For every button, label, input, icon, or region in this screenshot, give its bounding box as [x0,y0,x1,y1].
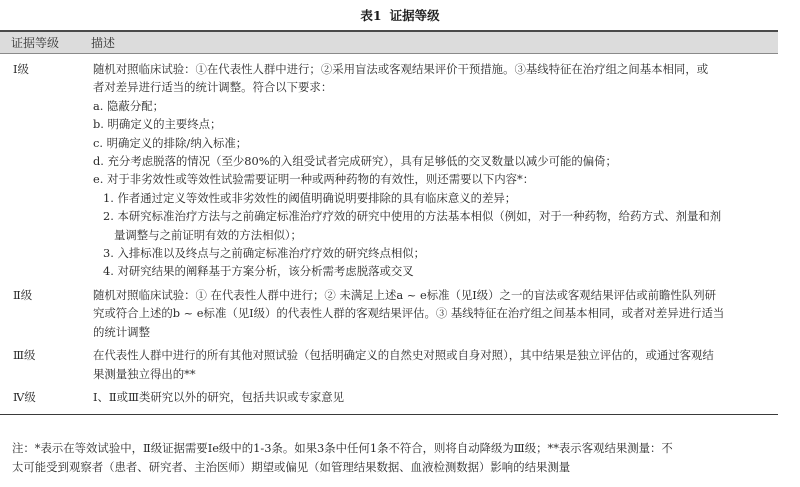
level-description: Ⅰ、Ⅱ或Ⅲ类研究以外的研究，包括共识或专家意见 [93,388,778,406]
table-caption: 证据等级 [390,8,440,23]
description-line: 2. 本研究标准治疗方法与之前确定标准治疗疗效的研究中使用的方法基本相似（例如，… [93,207,778,225]
header-level: 证据等级 [0,34,91,51]
evidence-level: Ⅳ级 [0,388,93,406]
description-line: 4. 对研究结果的阐释基于方案分析，该分析需考虑脱落或交叉 [93,262,778,280]
description-line: 1. 作者通过定义等效性或非劣效性的阈值明确说明要排除的具有临床意义的差异； [93,189,778,207]
description-line: 究或符合上述的b ~ e标准（见Ⅰ级）的代表性人群的客观结果评估。③ 基线特征在… [93,304,778,322]
description-line: 者对差异进行适当的统计调整。符合以下要求： [93,78,778,96]
table-row: Ⅰ级随机对照临床试验：①在代表性人群中进行；②采用盲法或客观结果评价干预措施。③… [0,60,778,281]
description-line: 果测量独立得出的** [93,365,778,383]
header-description: 描述 [91,34,115,51]
description-line: 量调整与之前证明有效的方法相似）； [93,226,778,244]
table-title: 表1证据等级 [0,6,800,24]
description-line: 随机对照临床试验：① 在代表性人群中进行；② 未满足上述a ~ e标准（见Ⅰ级）… [93,286,778,304]
description-line: Ⅰ、Ⅱ或Ⅲ类研究以外的研究，包括共识或专家意见 [93,388,778,406]
evidence-level-table: 证据等级 描述 Ⅰ级随机对照临床试验：①在代表性人群中进行；②采用盲法或客观结果… [0,30,778,415]
level-description: 随机对照临床试验：① 在代表性人群中进行；② 未满足上述a ~ e标准（见Ⅰ级）… [93,286,778,341]
evidence-level: Ⅲ级 [0,346,93,383]
description-line: 的统计调整 [93,323,778,341]
table-header: 证据等级 描述 [0,30,778,54]
description-line: 在代表性人群中进行的所有其他对照试验（包括明确定义的自然史对照或自身对照），其中… [93,346,778,364]
footnote-line: 太可能受到观察者（患者、研究者、主治医师）期望或偏见（如管理结果数据、血液检测数… [12,458,782,477]
table-number: 表1 [360,8,381,23]
table-body: Ⅰ级随机对照临床试验：①在代表性人群中进行；②采用盲法或客观结果评价干预措施。③… [0,54,778,415]
table-row: Ⅳ级Ⅰ、Ⅱ或Ⅲ类研究以外的研究，包括共识或专家意见 [0,388,778,406]
level-description: 随机对照临床试验：①在代表性人群中进行；②采用盲法或客观结果评价干预措施。③基线… [93,60,778,281]
footnote: 注：*表示在等效试验中，Ⅱ级证据需要Ⅰe级中的1-3条。如果3条中任何1条不符合… [12,439,782,477]
description-line: a. 隐蔽分配； [93,97,778,115]
level-description: 在代表性人群中进行的所有其他对照试验（包括明确定义的自然史对照或自身对照），其中… [93,346,778,383]
footnote-line: 注：*表示在等效试验中，Ⅱ级证据需要Ⅰe级中的1-3条。如果3条中任何1条不符合… [12,439,782,458]
description-line: 随机对照临床试验：①在代表性人群中进行；②采用盲法或客观结果评价干预措施。③基线… [93,60,778,78]
description-line: 3. 入排标准以及终点与之前确定标准治疗疗效的研究终点相似； [93,244,778,262]
description-line: c. 明确定义的排除/纳入标准； [93,134,778,152]
evidence-level: Ⅱ级 [0,286,93,341]
description-line: d. 充分考虑脱落的情况（至少80%的入组受试者完成研究），具有足够低的交叉数量… [93,152,778,170]
description-line: e. 对于非劣效性或等效性试验需要证明一种或两种药物的有效性，则还需要以下内容*… [93,170,778,188]
evidence-level: Ⅰ级 [0,60,93,281]
table-row: Ⅲ级在代表性人群中进行的所有其他对照试验（包括明确定义的自然史对照或自身对照），… [0,346,778,383]
description-line: b. 明确定义的主要终点； [93,115,778,133]
table-row: Ⅱ级随机对照临床试验：① 在代表性人群中进行；② 未满足上述a ~ e标准（见Ⅰ… [0,286,778,341]
